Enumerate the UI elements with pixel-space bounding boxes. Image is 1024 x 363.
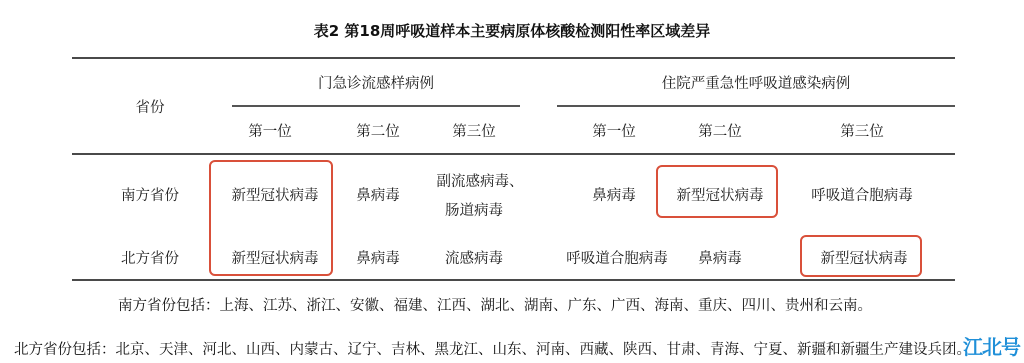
header-rule: [72, 153, 955, 155]
header-group-inpatient: 住院严重急性呼吸道感染病例: [557, 72, 955, 96]
row-south-inpatient-3: 呼吸道合胞病毒: [800, 184, 924, 208]
header-group-outpatient: 门急诊流感样病例: [232, 72, 520, 96]
header-inpatient-rank-1: 第一位: [574, 120, 654, 144]
header-inpatient-rank-2: 第二位: [680, 120, 760, 144]
row-north-region: 北方省份: [110, 247, 190, 271]
row-north-inpatient-1: 呼吸道合胞病毒: [555, 247, 679, 271]
group-rule-inpatient: [557, 105, 955, 107]
footnote-north: 北方省份包括：北京、天津、河北、山西、内蒙古、辽宁、吉林、黑龙江、山东、河南、西…: [14, 338, 971, 359]
header-province: 省份: [110, 96, 190, 120]
row-south-outpatient-2: 鼻病毒: [338, 184, 418, 208]
row-south-inpatient-1: 鼻病毒: [574, 184, 654, 208]
highlight-box-outpatient-covid: [209, 160, 333, 276]
watermark-logo: 江北号: [963, 331, 1020, 360]
footnote-south: 南方省份包括：上海、江苏、浙江、安徽、福建、江西、湖北、湖南、广东、广西、海南、…: [118, 294, 872, 315]
row-north-outpatient-3: 流感病毒: [424, 247, 524, 271]
highlight-box-north-inpatient-covid: [800, 235, 922, 277]
header-inpatient-rank-3: 第三位: [822, 120, 902, 144]
group-rule-outpatient: [232, 105, 520, 107]
row-north-inpatient-2: 鼻病毒: [680, 247, 760, 271]
row-south-outpatient-3b: 肠道病毒: [424, 199, 524, 223]
highlight-box-south-inpatient-covid: [656, 165, 778, 218]
header-outpatient-rank-2: 第二位: [338, 120, 418, 144]
row-south-region: 南方省份: [110, 184, 190, 208]
row-south-outpatient-3a: 副流感病毒、: [430, 170, 530, 194]
bottom-rule: [72, 279, 955, 281]
table-title: 表2 第18周呼吸道样本主要病原体核酸检测阳性率区域差异: [0, 20, 1024, 41]
top-rule: [72, 57, 955, 59]
header-outpatient-rank-3: 第三位: [434, 120, 514, 144]
row-north-outpatient-2: 鼻病毒: [338, 247, 418, 271]
header-outpatient-rank-1: 第一位: [230, 120, 310, 144]
